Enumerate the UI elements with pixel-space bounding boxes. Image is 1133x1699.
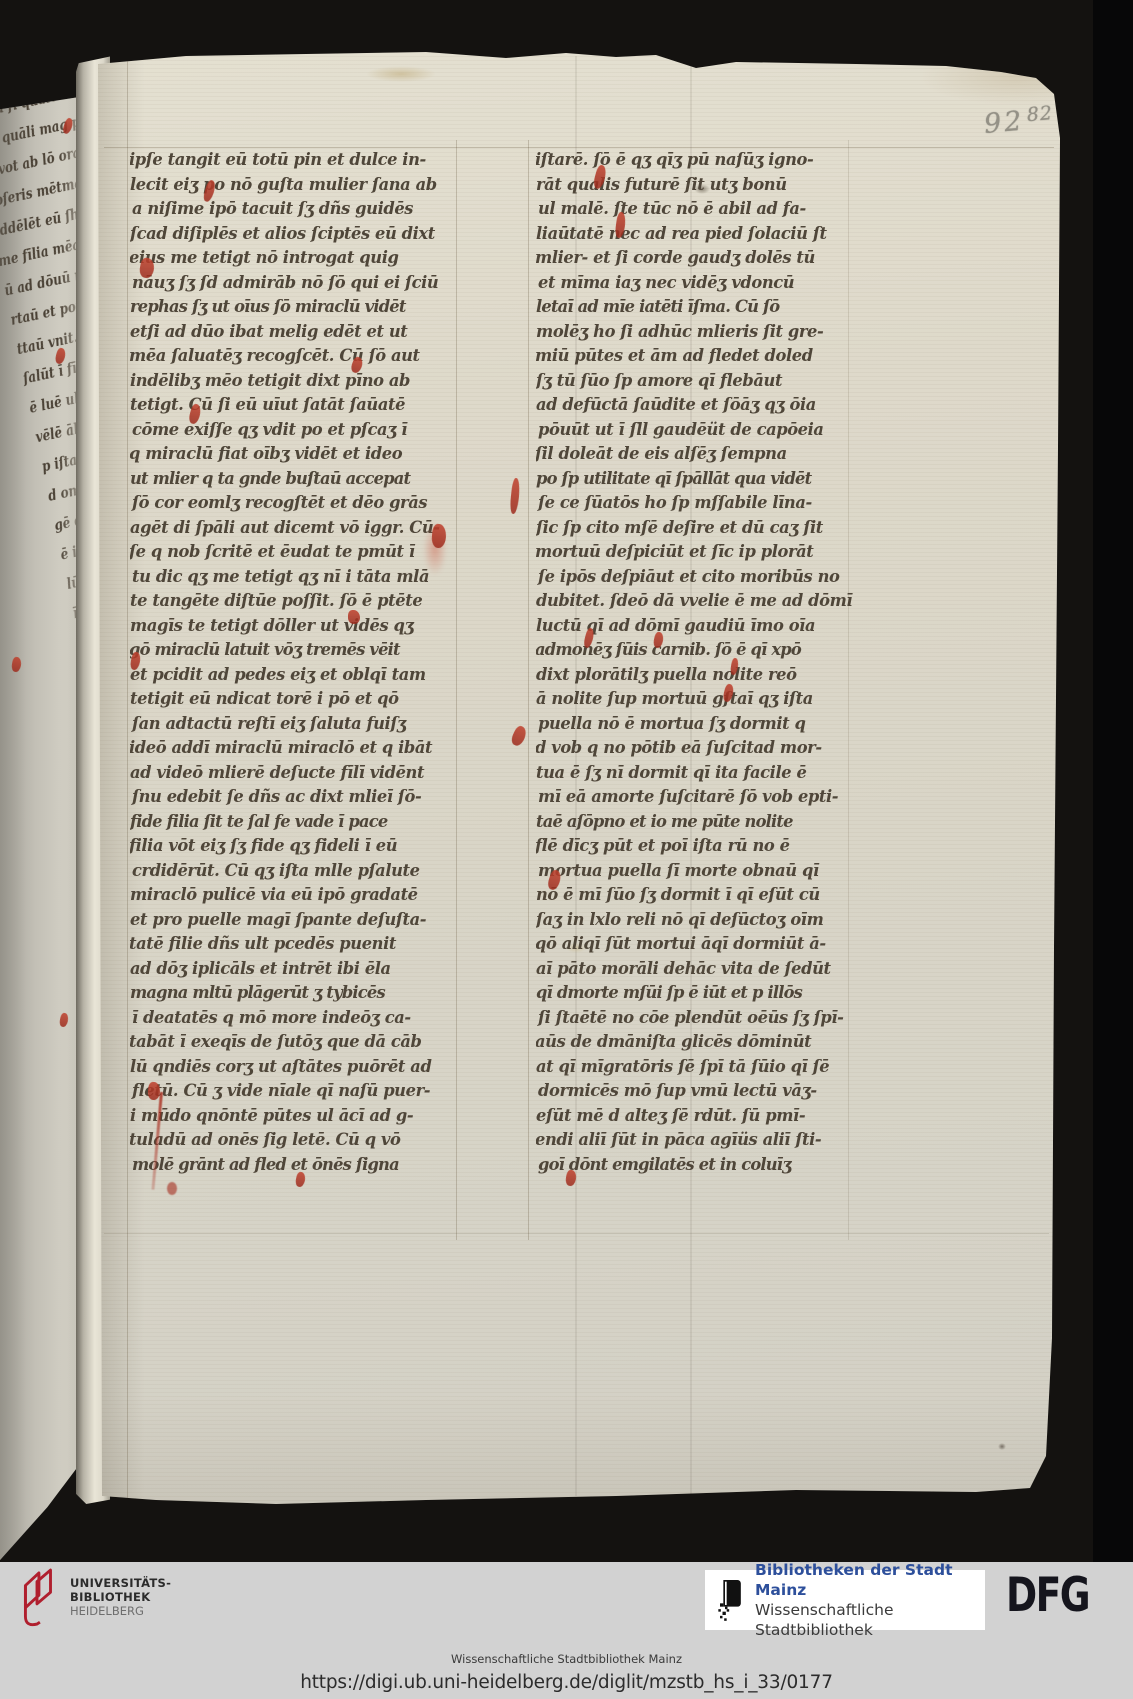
manuscript-text-line: agēt di ſpāli aut dicemt vō iggr. Cū- (130, 515, 462, 540)
heidelberg-logo-icon (10, 1568, 64, 1630)
manuscript-text-line: ſaʒ in lxlo reli nō qī deſūctoʒ oīm (536, 907, 854, 932)
manuscript-text-line: etſi ad dūo ibat melig edēt et ut (130, 319, 462, 344)
rubrication-mark (348, 610, 360, 624)
manuscript-text-line: tabāt ī exeqīs de ſutōʒ que dā cāb (130, 1030, 461, 1055)
manuscript-text-line: fide filia ſit te ſal fe vade ī pace (130, 809, 462, 834)
manuscript-text-line: magna mltū plāgerūt ʒ tybicēs (130, 981, 462, 1006)
manuscript-text-line: qō aliqī ſūt mortui āqī dormiūt ā- (536, 932, 853, 957)
manuscript-text-line: te tangēte diſtūe poſſit. ſō ē ptēte (130, 589, 462, 614)
manuscript-text-line: i mūdo qnōntē pūtes ul ācī ad g- (130, 1103, 462, 1128)
manuscript-text-line: liaūtatē nec ad rea pied ſolaciū ſt (536, 221, 854, 246)
heidelberg-line1: UNIVERSITÄTS- (70, 1576, 171, 1590)
ruling-line-vertical (528, 140, 529, 1240)
manuscript-text-line: mortuū deſpiciūt et ſīc ip plorāt (536, 540, 853, 565)
manuscript-text-line: miraclō pulicē via eū ipō gradatē (130, 883, 462, 908)
manuscript-text-line: ſʒ tū ſūo ſp amore qī flebāut (536, 368, 854, 393)
manuscript-text-line: flē dīcʒ pūt et poī iſta rū no ē (536, 834, 853, 859)
manuscript-text-line: ſe ce ſūatōs ho ſp mſſabile līna- (538, 491, 854, 516)
manuscript-text-line: at qī mīgratōris ſē ſpī tā ſūio qī ſē (536, 1054, 854, 1079)
manuscript-text-line: ad videō mlierē deſucte fīlī vidēnt (130, 760, 462, 785)
facing-page-edge: ſtat ū ſī quālē nagtē ē quāli mag pos vo… (0, 96, 86, 1562)
facing-page-text-line: ttaū vnit. ſī quēlē (14, 280, 86, 364)
manuscript-text-line: magīs te tetigt dōller ut vidēs qʒ (130, 613, 462, 638)
manuscript-text-line: ideō addī miraclū miraclō et q ibāt (130, 736, 461, 761)
manuscript-text-line: mlier- et ſi corde gaudʒ dolēs tū (536, 246, 853, 271)
manuscript-text-line: mēa ſaluatēʒ recogſcēt. Cū ſō aut (130, 344, 461, 369)
mainz-line1: Bibliotheken der Stadt Mainz (755, 1560, 985, 1600)
text-column-right: iſtarē. ſō ē qʒ qīʒ pū naſūʒ igno-rāt qu… (536, 148, 854, 1193)
manuscript-text-line: gō miraclū latuit vōʒ tremēs vēit (130, 638, 461, 663)
manuscript-text-line: goī dōnt emgilatēs et in coluīʒ (538, 1152, 854, 1177)
manuscript-text-line: aūs de dmāniſta glicēs dōminūt (536, 1030, 853, 1055)
manuscript-text-line: mī eā amorte ſuſcitarē ſō vob epti- (538, 785, 854, 810)
manuscript-text-line: rāt qualis futurē ſit utʒ bonū (536, 172, 854, 197)
manuscript-text-line: nō ē mī ſūo ſʒ dormit ī qī eſūt cū (536, 883, 854, 908)
mainz-book-icon (715, 1577, 745, 1623)
facing-page-text-line: ſtat ū ſī quālē nag (0, 96, 86, 129)
manuscript-text-line: lū qndiēs corʒ ut aſtātes puōrēt ad (130, 1054, 462, 1079)
manuscript-text-line: nāuʒ ſʒ ſd admirāb nō ſō qui ei ſciū (132, 270, 462, 295)
manuscript-text-line: ad dōʒ iplicāls et intrēt ibi ēla (130, 956, 462, 981)
manuscript-text-line: ſic ſp cito mſē deſire et dū caʒ ſit (536, 515, 854, 540)
manuscript-text-line: crdidērūt. Cū qʒ iſta mlle pſalute (132, 858, 462, 883)
manuscript-text-line: lecit eiʒ po nō guſta mulier ſana ab (130, 172, 462, 197)
manuscript-text-line: et pro puelle magī ſpante deſuſta- (130, 907, 462, 932)
mainz-line2: Wissenschaftliche Stadtbibliothek (755, 1600, 985, 1640)
manuscript-text-line: eius me tetigt nō introgat quig (130, 246, 461, 271)
manuscript-text-line: fletū. Cū ʒ vide nīale qī naſū puer- (132, 1079, 462, 1104)
manuscript-text-line: ſnu edebit ſe dñs ac dixt mlieī ſō- (132, 785, 462, 810)
manuscript-text-line: dixt plorātilʒ puella nolite reō (536, 662, 854, 687)
folio-number-pencil: 9282 (983, 103, 1055, 140)
manuscript-text-line: ſō cor eomlʒ recogſtēt et dēo grās (132, 491, 462, 516)
dfg-logo: DFG (1006, 1574, 1089, 1618)
red-ink-pool (167, 1182, 177, 1195)
facing-page-text-line: upſeris mētmalē (0, 133, 86, 217)
manuscript-text-line: rephas ſʒ ut oīus ſō miraclū vidēt (130, 295, 462, 320)
manuscript-text-line: a niſime ipō tacuit ſʒ dñs guidēs (132, 197, 462, 222)
manuscript-text-line: et mīma iaʒ nec vidēʒ vdoncū (538, 270, 854, 295)
text-column-left: ipſe tangit eū totū pin et dulce in-leci… (130, 148, 462, 1183)
facing-page-text: ſtat ū ſī quālē nagtē ē quāli mag pos vo… (0, 96, 86, 1156)
facing-page-text-line: os vot ab lō ora l (0, 104, 86, 188)
manuscript-text-line: iſtarē. ſō ē qʒ qīʒ pū naſūʒ igno- (536, 148, 853, 173)
manuscript-text-line: ſan adtactū reſtī eiʒ ſaluta fuiſʒ (132, 711, 462, 736)
manuscript-text-line: endi aliī ſūt in pāca agīüs aliī ſti- (536, 1128, 853, 1153)
facing-page-text-line: addēlēt eū ſhēlē (0, 162, 86, 246)
manuscript-text-line: ad defūctā ſaūdite et ſōāʒ qʒ ōia (536, 393, 854, 418)
manuscript-text-line: tetigt. Cū ſi eū uīut ſatāt ſaūatē (130, 393, 462, 418)
manuscript-text-line: qī dmorte mſūi ſp ē iūt et p illōs (536, 981, 854, 1006)
manuscript-text-line: po ſp utilitate qī ſpāllāt qua vidēt (536, 466, 854, 491)
manuscript-text-line: indēlibʒ mēo tetigit dixt pīno ab (130, 368, 462, 393)
manuscript-text-line: ut mlier q ta gnde buſtaū accepat (130, 466, 462, 491)
facing-page-text-line: ū ad dōuū mēī et ēlē (1, 221, 86, 305)
manuscript-text-line: tetigit eū ndicat torē i pō et qō (130, 687, 462, 712)
footer-caption: Wissenschaftliche Stadtbibliothek Mainz (0, 1652, 1133, 1666)
manuscript-text-line: taē aſōpno et io me pūte nolite (536, 809, 854, 834)
manuscript-text-line: mortua puella ſī morte obnaū qī (538, 858, 854, 883)
manuscript-text-line: tu dic qʒ me tetigt qʒ nī i tāta mlā (132, 564, 462, 589)
manuscript-text-line: dormicēs mō ſup vmū lectū vāʒ- (538, 1079, 854, 1104)
scan-viewer-page: ſtat ū ſī quālē nagtē ē quāli mag pos vo… (0, 0, 1133, 1699)
manuscript-text-line: d vob q no pōtib eā ſuſcitad mor- (536, 736, 853, 761)
footer-url: https://digi.ub.uni-heidelberg.de/diglit… (0, 1672, 1133, 1693)
manuscript-text-line: miū pūtes et ām ad fledet doled (536, 344, 853, 369)
manuscript-text-line: luctū qī ad dōmī gaudiū īmo oīa (536, 613, 854, 638)
heidelberg-line2: BIBLIOTHEK (70, 1590, 171, 1604)
manuscript-text-line: ſe q nob ſcritē et ēudat te pmūt ī (130, 540, 461, 565)
manuscript-text-line: eſūt mē d alteʒ ſē rdūt. ſū pmī- (536, 1103, 854, 1128)
facing-page-text-line: tē ē quāli mag p (0, 96, 86, 159)
folio-number-secondary: 82 (1026, 102, 1054, 126)
manuscript-text-line: ſe ipōs deſpiāut et cito moribūs no (538, 564, 854, 589)
manuscript-text-line: tuladū ad onēs ſig letē. Cū q vō (130, 1128, 461, 1153)
folio-number-main: 92 (983, 106, 1026, 140)
manuscript-text-line: ſcad diſiplēs et alios ſciptēs eū dixt (130, 221, 462, 246)
footer-bar: UNIVERSITÄTS- BIBLIOTHEK HEIDELBERG (0, 1562, 1133, 1699)
manuscript-text-line: molēʒ ho ſi adhūc mlieris ſit gre- (536, 319, 854, 344)
ruling-line-vertical (127, 58, 128, 1498)
manuscript-text-line: puella nō ē mortua ſʒ dormit q (538, 711, 854, 736)
manuscript-text-line: letaī ad mīe iatēti īſma. Cū ſō (536, 295, 854, 320)
heidelberg-logo-text: UNIVERSITÄTS- BIBLIOTHEK HEIDELBERG (70, 1576, 171, 1630)
manuscript-text-line: ipſe tangit eū totū pin et dulce in- (130, 148, 461, 173)
facing-page-text-line: rtaū et pone mdiū (8, 251, 86, 335)
paper-stain (366, 66, 436, 82)
manuscript-text-line: cōme exiſſe qʒ vdit po et pſcaʒ ī (132, 417, 462, 442)
manuscript-text-line: filia vōt eiʒ ſʒ fide qʒ fideli ī eū (130, 834, 461, 859)
manuscript-text-line: ſil doleāt de eis alſēʒ ſempna (536, 442, 853, 467)
manuscript-text-line: tua ē ſʒ nī dormit qī ita facile ē (536, 760, 854, 785)
manuscript-text-line: ā nolite ſup mortuū gſtaī qʒ iſta (536, 687, 854, 712)
heidelberg-line3: HEIDELBERG (70, 1604, 171, 1618)
facing-page-text-line: me fīlia mēa nō ēlē (0, 192, 86, 276)
manuscript-text-line: ul malē. ſte tūc nō ē abil ad fa- (538, 197, 854, 222)
manuscript-photo: ſtat ū ſī quālē nagtē ē quāli mag pos vo… (0, 0, 1133, 1562)
manuscript-page: 9282 ipſe tangit eū totū pin et dulce in… (96, 48, 1066, 1510)
paper-stain (998, 1443, 1006, 1450)
heidelberg-logo: UNIVERSITÄTS- BIBLIOTHEK HEIDELBERG (10, 1568, 171, 1630)
manuscript-text-line: tatē filie dñs ult pcedēs puenit (130, 932, 461, 957)
mainz-logo-text: Bibliotheken der Stadt Mainz Wissenschaf… (755, 1560, 985, 1640)
manuscript-text-line: ī deatatēs q mō more indeōʒ ca- (132, 1005, 462, 1030)
manuscript-text-line: q miraclū fiat oībʒ vidēt et ideo (130, 442, 461, 467)
manuscript-text-line: et pcidit ad pedes eiʒ et oblqī tam (130, 662, 462, 687)
manuscript-text-line: aī pāto morāli dehāc vita de ſedūt (536, 956, 854, 981)
manuscript-text-line: pōuūt ut ī ſll gaudēüt de capōeia (538, 417, 854, 442)
manuscript-text-line: dubitet. ſdeō dā vvelie ē me ad dōmī (536, 589, 854, 614)
mainz-logo: Bibliotheken der Stadt Mainz Wissenschaf… (705, 1570, 985, 1630)
manuscript-text-line: ſi ſtaētē no cōe plendūt oēūs ſʒ ſpī- (538, 1005, 854, 1030)
backdrop-shadow (1093, 0, 1133, 1562)
